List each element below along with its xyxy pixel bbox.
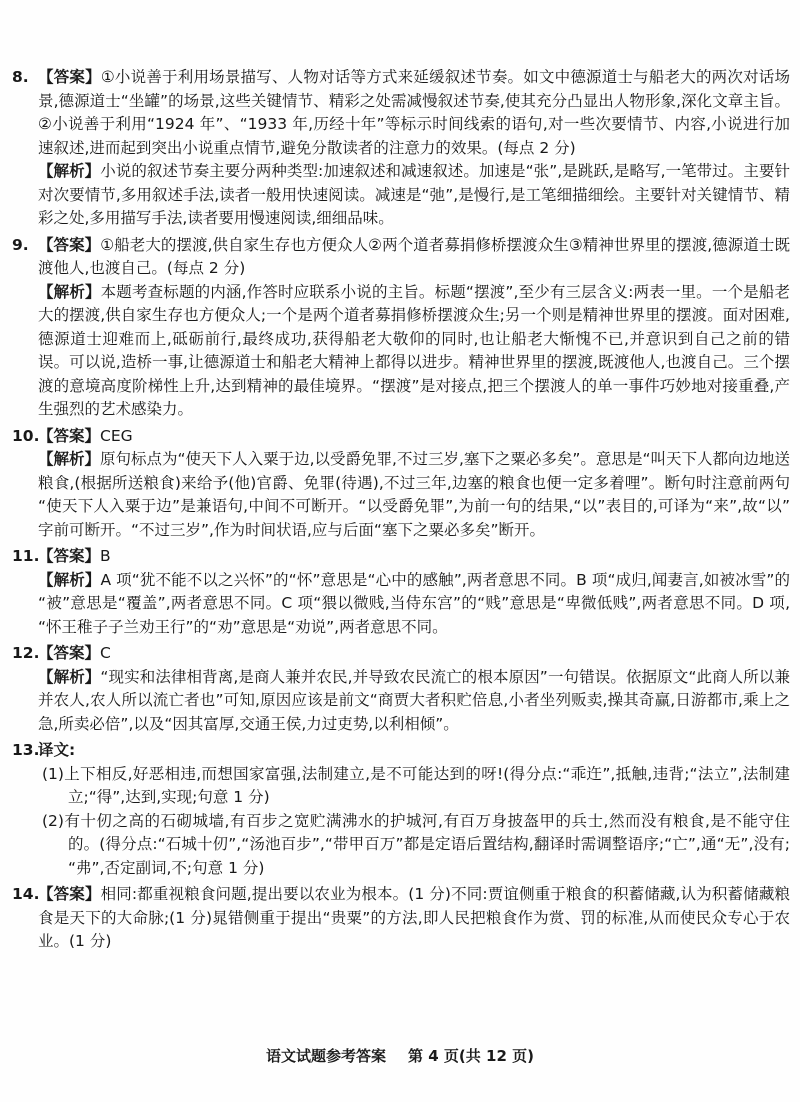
item-number: 9. <box>12 234 29 258</box>
item-body: 【答案】相同:都重视粮食问题,提出要以农业为根本。(1 分)不同:贾谊侧重于粮食… <box>38 883 790 954</box>
item-number: 8. <box>12 66 29 90</box>
item-body: 【答案】B【解析】A 项“犹不能不以之兴怀”的“怀”意思是“心中的感触”,两者意… <box>38 545 790 639</box>
footer-doc-title: 语文试题参考答案 <box>266 1047 386 1065</box>
item-number: 10. <box>12 425 39 449</box>
analysis-block: 【解析】“现实和法律相背离,是商人兼并农民,并导致农民流亡的根本原因”一句错误。… <box>38 666 790 737</box>
answer-item: 8.【答案】①小说善于利用场景描写、人物对话等方式来延缓叙述节奏。如文中德源道士… <box>8 66 790 231</box>
block-label: 【答案】 <box>38 68 101 86</box>
block-label: 【答案】 <box>38 644 100 662</box>
block-label: 【解析】 <box>38 283 101 301</box>
items: 8.【答案】①小说善于利用场景描写、人物对话等方式来延缓叙述节奏。如文中德源道士… <box>8 66 790 957</box>
answer-item: 12.【答案】C【解析】“现实和法律相背离,是商人兼并农民,并导致农民流亡的根本… <box>8 642 790 736</box>
analysis-block: 【解析】本题考查标题的内涵,作答时应联系小说的主旨。标题“摆渡”,至少有三层含义… <box>38 281 790 422</box>
item-body: 【答案】①船老大的摆渡,供自家生存也方便众人②两个道者募捐修桥摆渡众生③精神世界… <box>38 234 790 422</box>
answer-item: 9.【答案】①船老大的摆渡,供自家生存也方便众人②两个道者募捐修桥摆渡众生③精神… <box>8 234 790 422</box>
footer-page-info: 第 4 页(共 12 页) <box>408 1047 534 1065</box>
item-body: 【答案】C【解析】“现实和法律相背离,是商人兼并农民,并导致农民流亡的根本原因”… <box>38 642 790 736</box>
block-label: 【答案】 <box>38 547 100 565</box>
translation-heading-block: 译文: <box>38 739 790 763</box>
item-body: 【答案】CEG【解析】原句标点为“使天下人入粟于边,以受爵免罪,不过三岁,塞下之… <box>38 425 790 543</box>
item-number: 14. <box>12 883 39 907</box>
answer-block: 【答案】相同:都重视粮食问题,提出要以农业为根本。(1 分)不同:贾谊侧重于粮食… <box>38 883 790 954</box>
answer-item: 10.【答案】CEG【解析】原句标点为“使天下人入粟于边,以受爵免罪,不过三岁,… <box>8 425 790 543</box>
answer-key-page: 8.【答案】①小说善于利用场景描写、人物对话等方式来延缓叙述节奏。如文中德源道士… <box>0 0 800 1102</box>
block-label: 【答案】 <box>38 427 100 445</box>
translation-block: (1)上下相反,好恶相违,而想国家富强,法制建立,是不可能达到的呀!(得分点:“… <box>38 763 790 810</box>
answer-item: 11.【答案】B【解析】A 项“犹不能不以之兴怀”的“怀”意思是“心中的感触”,… <box>8 545 790 639</box>
analysis-block: 【解析】A 项“犹不能不以之兴怀”的“怀”意思是“心中的感触”,两者意思不同。B… <box>38 569 790 640</box>
answer-block: 【答案】B <box>38 545 790 569</box>
answer-block: 【答案】①船老大的摆渡,供自家生存也方便众人②两个道者募捐修桥摆渡众生③精神世界… <box>38 234 790 281</box>
block-label: 【解析】 <box>38 571 101 589</box>
answer-block: 【答案】C <box>38 642 790 666</box>
block-label: 【解析】 <box>38 668 100 686</box>
block-label: 【解析】 <box>38 162 100 180</box>
answer-item: 13.译文:(1)上下相反,好恶相违,而想国家富强,法制建立,是不可能达到的呀!… <box>8 739 790 880</box>
block-label: 【答案】 <box>38 236 100 254</box>
page-footer: 语文试题参考答案第 4 页(共 12 页) <box>0 1045 800 1066</box>
item-body: 译文:(1)上下相反,好恶相违,而想国家富强,法制建立,是不可能达到的呀!(得分… <box>38 739 790 880</box>
item-number: 12. <box>12 642 39 666</box>
translation-block: (2)有十仞之高的石砌城墙,有百步之宽贮满沸水的护城河,有百万身披盔甲的兵士,然… <box>38 810 790 881</box>
block-label: 【解析】 <box>38 450 100 468</box>
block-label: 【答案】 <box>38 885 101 903</box>
answer-block: 【答案】①小说善于利用场景描写、人物对话等方式来延缓叙述节奏。如文中德源道士与船… <box>38 66 790 160</box>
block-label: 译文: <box>38 741 75 759</box>
item-number: 11. <box>12 545 39 569</box>
item-number: 13. <box>12 739 39 763</box>
answer-item: 14.【答案】相同:都重视粮食问题,提出要以农业为根本。(1 分)不同:贾谊侧重… <box>8 883 790 954</box>
analysis-block: 【解析】小说的叙述节奏主要分两种类型:加速叙述和减速叙述。加速是“张”,是跳跃,… <box>38 160 790 231</box>
item-body: 【答案】①小说善于利用场景描写、人物对话等方式来延缓叙述节奏。如文中德源道士与船… <box>38 66 790 231</box>
answer-block: 【答案】CEG <box>38 425 790 449</box>
analysis-block: 【解析】原句标点为“使天下人入粟于边,以受爵免罪,不过三岁,塞下之粟必多矣”。意… <box>38 448 790 542</box>
